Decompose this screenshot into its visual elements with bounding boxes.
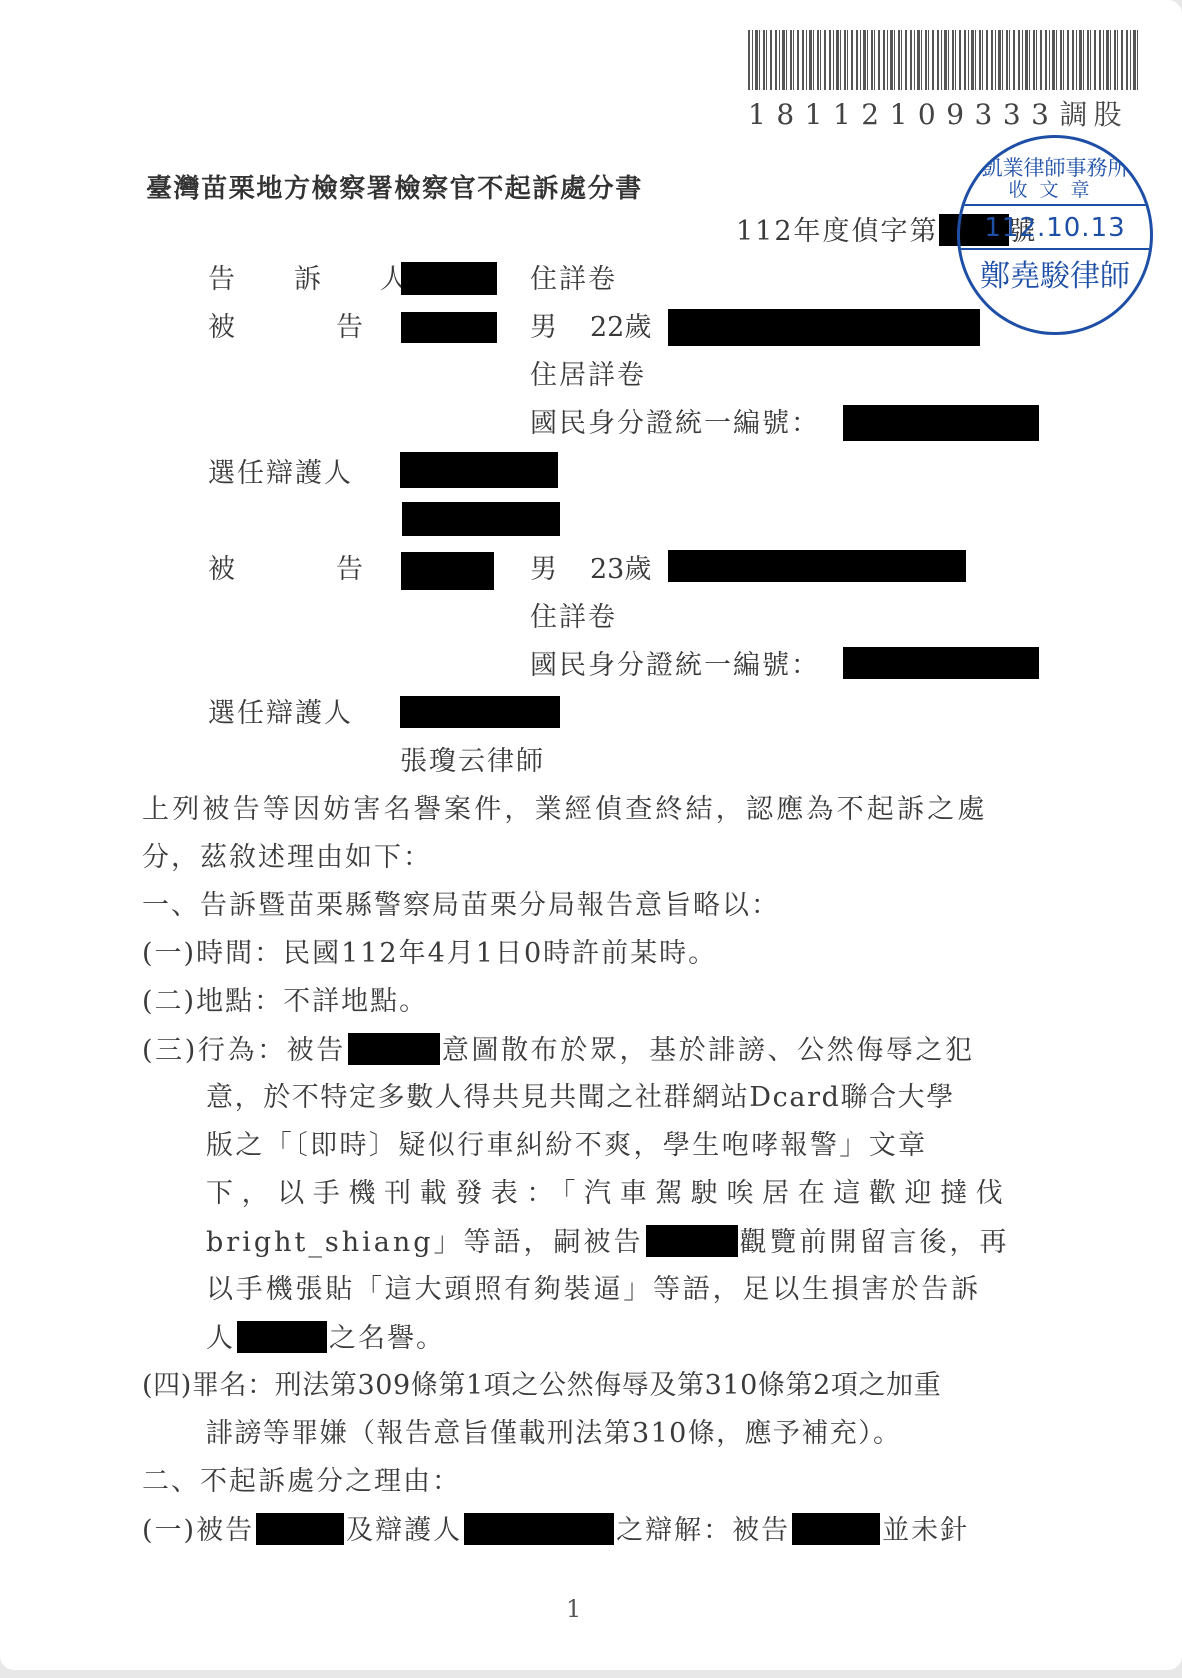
defendant1-label-a: 被 <box>208 311 237 345</box>
redaction <box>400 696 560 728</box>
document-page: 18112109333調股 臺灣苗栗地方檢察署檢察官不起訴處分書 112年度偵字… <box>0 0 1182 1670</box>
defendant2-label-a: 被 <box>208 553 237 587</box>
item-charges-line-1: (四)罪名：刑法第309條第1項之公然侮辱及第310條第2項之加重 <box>142 1369 941 1403</box>
redaction <box>668 309 980 346</box>
item-charges-line-2: 誹謗等罪嫌（報告意旨僅載刑法第310條，應予補充）。 <box>206 1417 901 1451</box>
intro-line-1: 上列被告等因妨害名譽案件，業經偵查終結，認應為不起訴之處 <box>142 793 988 827</box>
item-time: (一)時間：民國112年4月1日0時許前某時。 <box>142 937 717 971</box>
counsel1-label: 選任辯護人 <box>208 457 353 491</box>
redaction <box>348 1033 440 1065</box>
redaction <box>843 405 1039 441</box>
item-act-line-4: 下，以手機刊載發表：「汽車駕駛唉居在這歡迎撻伐 <box>206 1177 1011 1211</box>
complainant-label: 告 訴 人 <box>208 263 423 297</box>
barcode-number: 18112109333調股 <box>748 93 1127 133</box>
item-act-line-6: 以手機張貼「這大頭照有夠裝逼」等語，足以生損害於告訴 <box>206 1273 981 1307</box>
defendant2-sex: 男 <box>530 553 559 587</box>
stamp-lawyer: 鄭堯駿律師 <box>960 251 1150 295</box>
defendant1-label-b: 告 <box>336 311 365 345</box>
document-title: 臺灣苗栗地方檢察署檢察官不起訴處分書 <box>146 168 643 205</box>
defendant2-age: 23歲 <box>590 553 651 587</box>
defendant2-label-b: 告 <box>336 553 365 587</box>
defendant1-address: 住居詳卷 <box>530 359 646 393</box>
stamp-label: 收文章 <box>960 180 1150 200</box>
barcode <box>748 30 1138 90</box>
redaction <box>237 1321 327 1353</box>
redaction <box>401 262 497 295</box>
item-act-line-7: 人之名譽。 <box>206 1321 445 1356</box>
stamp-office: 凱業律師事務所 <box>960 156 1150 180</box>
defendant2-address: 住詳卷 <box>530 601 617 635</box>
item-location: (二)地點：不詳地點。 <box>142 985 428 1019</box>
complainant-address: 住詳卷 <box>530 263 617 297</box>
counsel2-name: 張瓊云律師 <box>400 745 545 779</box>
item-act-line-3: 版之「〔即時〕疑似行車糾紛不爽，學生咆哮報警」文章 <box>206 1129 928 1163</box>
counsel2-label: 選任辯護人 <box>208 697 353 731</box>
redaction <box>792 1513 880 1545</box>
redaction <box>401 552 494 590</box>
redaction <box>401 312 497 343</box>
defendant1-age: 22歲 <box>590 311 651 345</box>
redaction <box>668 550 966 582</box>
redaction <box>256 1513 344 1545</box>
item-act-line-2: 意，於不特定多數人得共見共聞之社群網站Dcard聯合大學 <box>206 1081 955 1115</box>
item-act-line-1: (三)行為：被告意圖散布於眾，基於誹謗、公然侮辱之犯 <box>142 1033 975 1068</box>
page-number: 1 <box>566 1595 581 1623</box>
stamp-date: 112.10.13 <box>960 213 1150 243</box>
section-1-heading: 一、告訴暨苗栗縣警察局苗栗分局報告意旨略以： <box>142 889 780 923</box>
redaction <box>843 647 1039 679</box>
intro-line-2: 分，茲敘述理由如下： <box>142 841 432 875</box>
defendant2-id-label: 國民身分證統一編號： <box>530 649 820 683</box>
redaction <box>402 502 560 536</box>
redaction <box>646 1225 738 1257</box>
defendant1-id-label: 國民身分證統一編號： <box>530 407 820 441</box>
redaction <box>464 1513 614 1545</box>
defendant1-sex: 男 <box>530 311 559 345</box>
section-2-heading: 二、不起訴處分之理由： <box>142 1465 461 1499</box>
item-act-line-5: bright_shiang」等語，嗣被告觀覽前開留言後，再 <box>206 1225 1010 1260</box>
section-2-item-1: (一)被告及辯護人之辯解：被告並未針 <box>142 1513 969 1548</box>
redaction <box>400 452 558 488</box>
received-stamp: 凱業律師事務所 收文章 112.10.13 鄭堯駿律師 <box>957 135 1153 335</box>
